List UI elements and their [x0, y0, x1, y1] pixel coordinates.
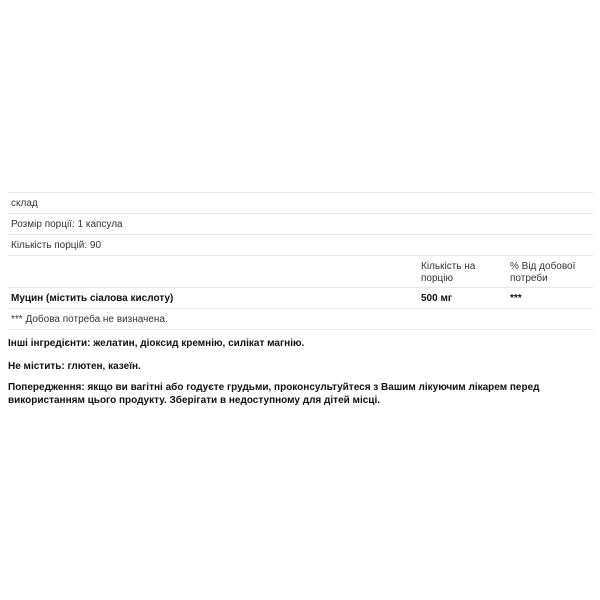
section-title-row: склад	[8, 192, 593, 213]
servings-count: Кількість порцій: 90	[11, 240, 101, 251]
warning: Попередження: якщо ви вагітні або годуєт…	[8, 381, 593, 407]
table-header-row: Кількість на порцію % Від добової потреб…	[8, 255, 593, 287]
does-not-contain: Не містить: глютен, казеїн.	[8, 360, 593, 373]
footnote: *** Добова потреба не визначена.	[11, 314, 168, 325]
ingredient-daily-value: ***	[510, 293, 522, 304]
other-ingredients: Інші інгредієнти: желатин, діоксид кремн…	[8, 337, 593, 350]
supplement-facts-table: склад Розмір порції: 1 капсула Кількість…	[8, 192, 593, 330]
ingredient-name: Муцин (містить сіалова кислоту)	[11, 293, 173, 304]
section-title: склад	[11, 198, 38, 209]
servings-count-row: Кількість порцій: 90	[8, 234, 593, 255]
table-row: Муцин (містить сіалова кислоту) 500 мг *…	[8, 287, 593, 308]
footnote-row: *** Добова потреба не визначена.	[8, 308, 593, 330]
header-amount: Кількість на порцію	[421, 261, 491, 285]
serving-size: Розмір порції: 1 капсула	[11, 219, 123, 230]
header-daily-value: % Від добової потреби	[510, 261, 590, 285]
serving-size-row: Розмір порції: 1 капсула	[8, 213, 593, 234]
ingredient-amount: 500 мг	[421, 293, 452, 304]
